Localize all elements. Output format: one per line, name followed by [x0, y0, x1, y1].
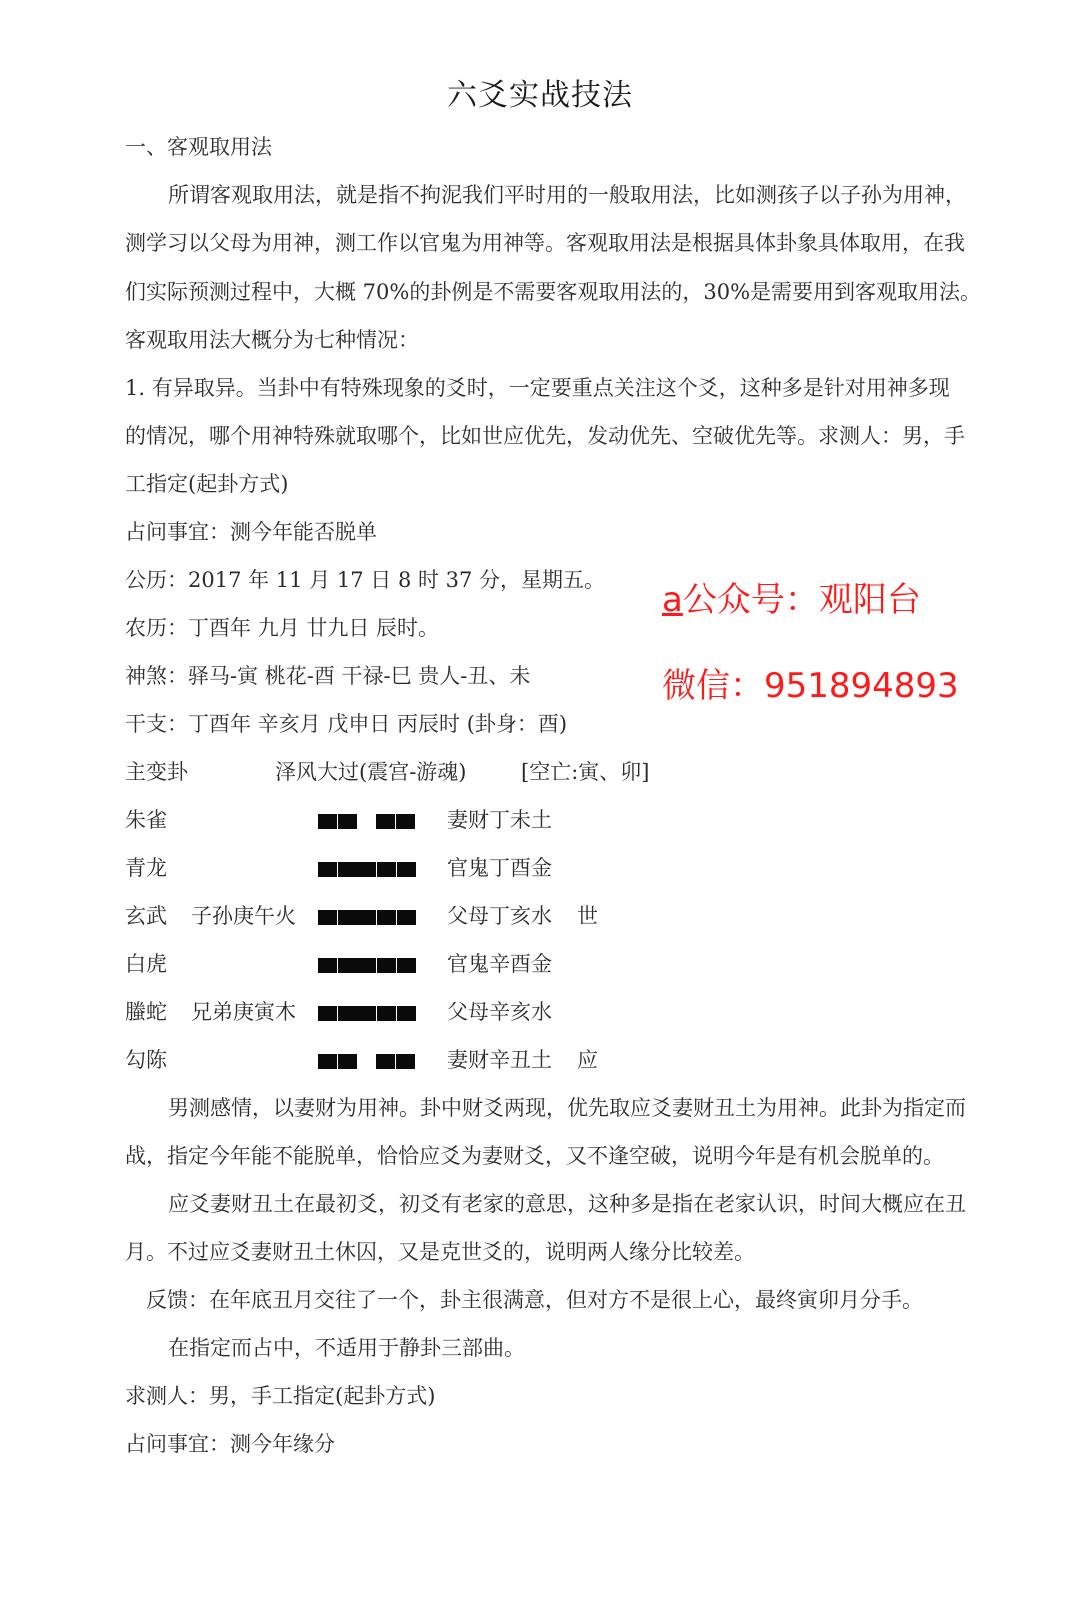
shi-ying-mark: 世	[577, 902, 598, 930]
document-title: 六爻实战技法	[0, 70, 1080, 114]
gua-name: 泽风大过(震宫-游魂)	[275, 758, 466, 786]
six-god: 朱雀	[125, 806, 167, 834]
shensha: 神煞：驿马-寅 桃花-酉 干禄-巳 贵人-丑、未	[125, 662, 530, 690]
fushen: 兄弟庚寅木	[191, 998, 296, 1026]
watermark-wechat: 微信：951894893	[662, 666, 959, 706]
lunar-date: 农历：丁酉年 九月 廿九日 辰时。	[125, 614, 439, 642]
six-god: 白虎	[125, 950, 167, 978]
liuqin: 父母丁亥水	[447, 902, 552, 930]
feedback-line: 反馈：在年底丑月交往了一个，卦主很满意，但对方不是很上心，最终寅卯月分手。	[146, 1286, 923, 1314]
watermark-account-text: 公众号：观阳台	[683, 580, 921, 620]
liuqin: 父母辛亥水	[447, 998, 552, 1026]
paragraph-line: 测学习以父母为用神，测工作以官鬼为用神等。客观取用法是根据具体卦象具体取用，在我	[125, 229, 965, 257]
yin-line-icon	[318, 1054, 416, 1069]
case2-question: 占问事宜：测今年缘分	[125, 1430, 335, 1458]
paragraph-line: 所谓客观取用法，就是指不拘泥我们平时用的一般取用法，比如测孩子以子孙为用神，	[168, 181, 966, 209]
paragraph-line: 们实际预测过程中，大概 70%的卦例是不需要客观取用法的，30%是需要用到客观取…	[125, 278, 981, 306]
six-god: 螣蛇	[125, 998, 167, 1026]
six-god: 青龙	[125, 854, 167, 882]
paragraph-line: 工指定(起卦方式)	[125, 470, 288, 498]
liuqin: 妻财丁未土	[447, 806, 552, 834]
yin-line-icon	[318, 814, 416, 829]
paragraph-line: 客观取用法大概分为七种情况：	[125, 326, 419, 354]
liuqin: 官鬼丁酉金	[447, 854, 552, 882]
gua-header: 主变卦 泽风大过(震宫-游魂) [空亡:寅、卯]	[125, 758, 685, 786]
paragraph-line: 1. 有异取异。当卦中有特殊现象的爻时，一定要重点关注这个爻，这种多是针对用神多…	[125, 374, 950, 402]
liuqin: 妻财辛丑土	[447, 1046, 552, 1074]
six-god: 勾陈	[125, 1046, 167, 1074]
analysis-line: 战，指定今年能不能脱单，恰恰应爻为妻财爻，又不逢空破，说明今年是有机会脱单的。	[125, 1142, 944, 1170]
liuqin: 官鬼辛酉金	[447, 950, 552, 978]
six-god: 玄武	[125, 902, 167, 930]
analysis-line: 男测感情，以妻财为用神。卦中财爻两现，优先取应爻妻财丑土为用神。此卦为指定而	[168, 1094, 966, 1122]
gua-label: 主变卦	[125, 760, 188, 784]
case-question: 占问事宜：测今年能否脱单	[125, 518, 377, 546]
analysis-line: 在指定而占中，不适用于静卦三部曲。	[168, 1334, 525, 1362]
shi-ying-mark: 应	[577, 1046, 598, 1074]
section-heading: 一、客观取用法	[125, 133, 272, 161]
yang-line-icon	[318, 910, 416, 925]
ganzhi: 干支：丁酉年 辛亥月 戊申日 丙辰时 (卦身：酉)	[125, 710, 567, 738]
kongwang: [空亡:寅、卯]	[521, 758, 649, 786]
fushen: 子孙庚午火	[191, 902, 296, 930]
solar-date: 公历：2017 年 11 月 17 日 8 时 37 分，星期五。	[125, 566, 605, 594]
case2-requester: 求测人：男，手工指定(起卦方式)	[125, 1382, 435, 1410]
yang-line-icon	[318, 1006, 416, 1021]
paragraph-line: 的情况，哪个用神特殊就取哪个，比如世应优先，发动优先、空破优先等。求测人：男，手	[125, 422, 965, 450]
watermark-prefix: a	[662, 580, 683, 620]
analysis-line: 月。不过应爻妻财丑土休囚，又是克世爻的，说明两人缘分比较差。	[125, 1238, 755, 1266]
watermark-account: a公众号：观阳台	[662, 580, 921, 620]
analysis-line: 应爻妻财丑土在最初爻，初爻有老家的意思，这种多是指在老家认识，时间大概应在丑	[168, 1190, 966, 1218]
yang-line-icon	[318, 958, 416, 973]
yang-line-icon	[318, 862, 416, 877]
